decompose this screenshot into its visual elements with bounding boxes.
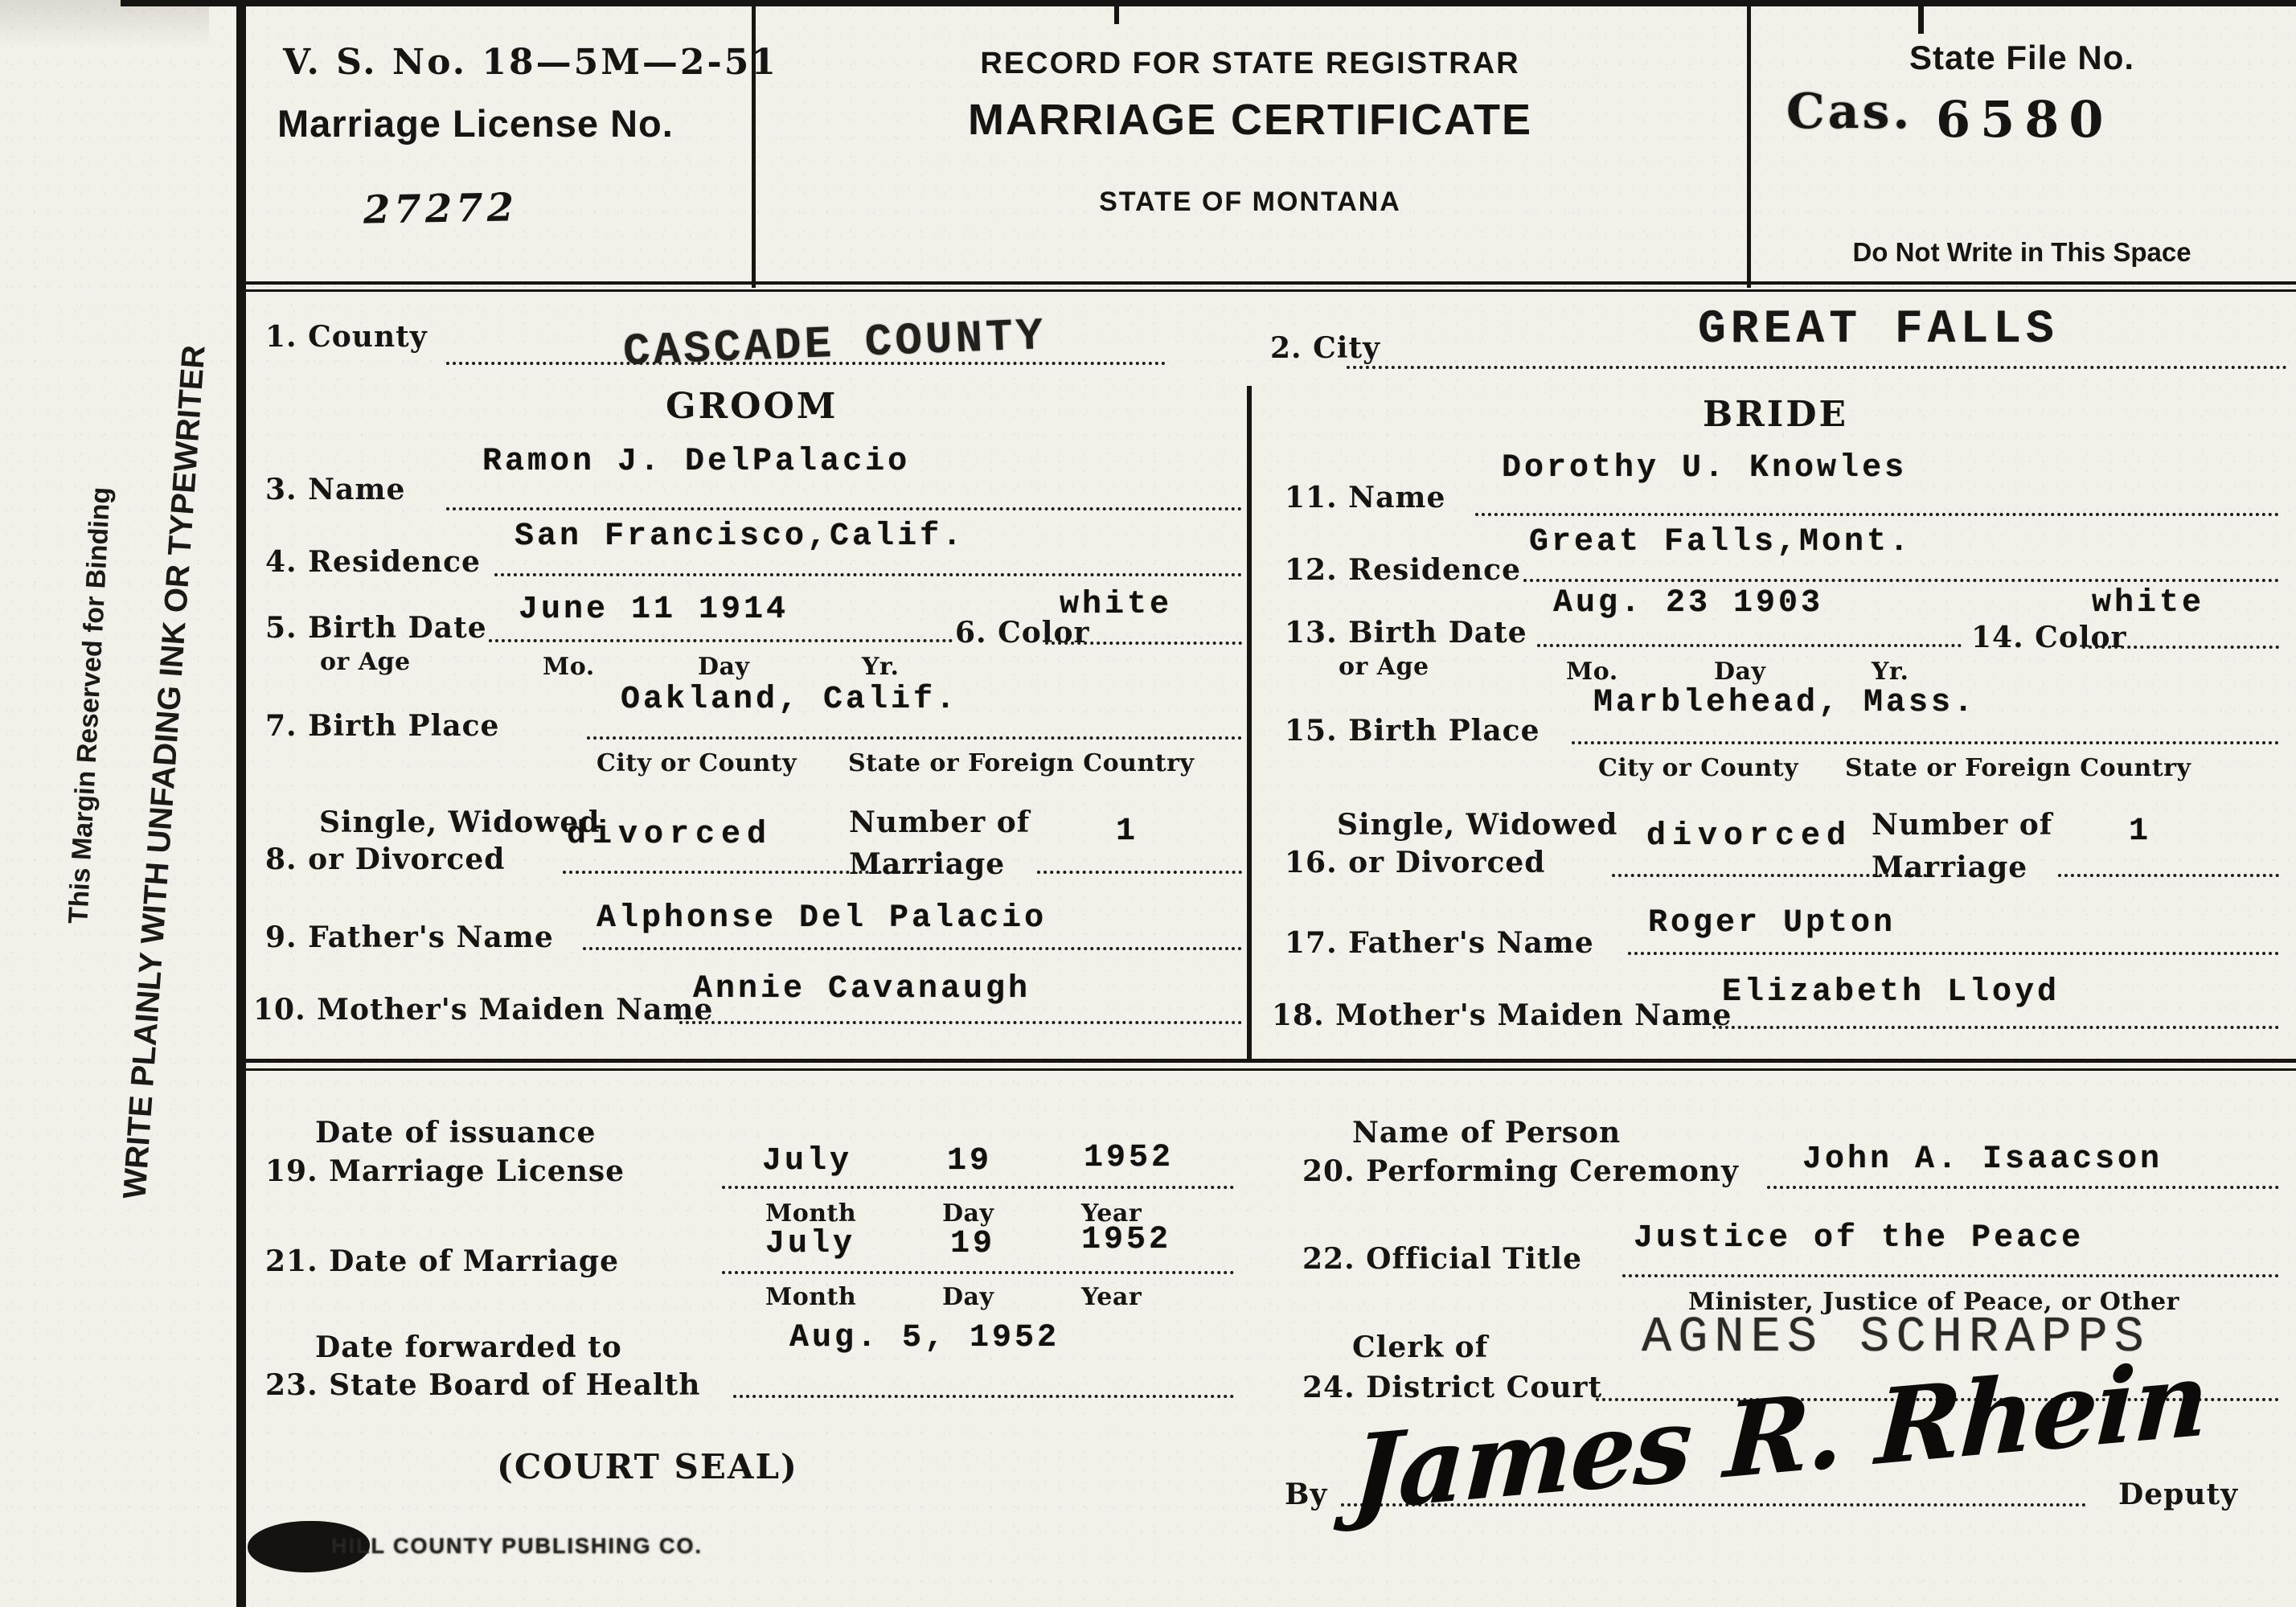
- issuance-line: [722, 1186, 1234, 1189]
- groom-color-line: [1045, 642, 1242, 645]
- bride-numberof-label: Number of: [1872, 808, 2052, 842]
- ceremony-label-2: 20. Performing Ceremony: [1302, 1154, 1739, 1188]
- groom-mother-label: 10. Mother's Maiden Name: [253, 993, 713, 1027]
- groom-father-value: Alphonse Del Palacio: [597, 900, 1047, 937]
- bride-name-line: [1475, 513, 2279, 516]
- marriage-year-value: 1952: [1081, 1222, 1171, 1258]
- certificate-title: MARRIAGE CERTIFICATE: [752, 95, 1749, 145]
- issuance-month-sub: Month: [765, 1199, 856, 1228]
- mid-rule-1: [236, 1059, 2296, 1063]
- groom-marital-label-2: 8. or Divorced: [265, 842, 505, 876]
- license-year-value: 1952: [1084, 1140, 1174, 1176]
- groom-citycounty-sub: City or County: [597, 749, 797, 777]
- marriage-day-value: 19: [950, 1226, 995, 1262]
- ceremony-name-value: John A. Isaacson: [1802, 1142, 2163, 1178]
- issuance-label-2: 19. Marriage License: [265, 1154, 625, 1188]
- mid-rule-2: [236, 1068, 2296, 1071]
- ceremony-label-1: Name of Person: [1352, 1116, 1621, 1150]
- state-file-number: 6580: [1936, 90, 2114, 149]
- bride-mother-line: [1712, 1026, 2279, 1029]
- groom-mother-line: [679, 1021, 1242, 1024]
- ceremony-line: [1767, 1186, 2279, 1189]
- groom-father-label: 9. Father's Name: [265, 920, 554, 954]
- bride-residence-label: 12. Residence: [1285, 553, 1521, 587]
- groom-residence-value: San Francisco,Calif.: [515, 519, 965, 555]
- record-for-state-registrar: RECORD FOR STATE REGISTRAR: [752, 47, 1749, 81]
- bride-residence-line: [1523, 579, 2279, 582]
- groom-birthplace-value: Oakland, Calif.: [621, 682, 958, 718]
- bride-color-value: white: [2092, 585, 2204, 621]
- city-value: GREAT FALLS: [1698, 304, 2059, 356]
- groom-orage-label: or Age: [320, 648, 411, 676]
- groom-residence-label: 4. Residence: [265, 545, 481, 579]
- groom-mo-label: Mo.: [543, 653, 595, 681]
- groom-marriage-label: Marriage: [849, 847, 1005, 881]
- bride-orage-label: or Age: [1339, 653, 1429, 681]
- groom-stateforeign-sub: State or Foreign Country: [848, 749, 1194, 777]
- marriage-year-sub: Year: [1081, 1283, 1142, 1311]
- groom-numberof-label: Number of: [849, 806, 1030, 839]
- marriage-month-value: July: [765, 1226, 855, 1262]
- forwarded-label-1: Date forwarded to: [315, 1330, 622, 1364]
- license-number-label: Marriage License No.: [277, 101, 674, 146]
- groom-section-heading: GROOM: [666, 386, 838, 427]
- groom-name-value: Ramon J. DelPalacio: [482, 444, 910, 480]
- groom-day-label: Day: [698, 653, 749, 681]
- groom-marriage-number: 1: [1116, 814, 1138, 850]
- form-number: V. S. No. 18—5M—2-51: [283, 42, 778, 83]
- groom-birthdate-label: 5. Birth Date: [265, 611, 487, 645]
- groom-birthdate-line: [489, 639, 953, 642]
- bride-marriage-label: Marriage: [1872, 851, 2027, 884]
- state-file-prefix-stamp: Cas.: [1786, 84, 1913, 140]
- license-month-value: July: [762, 1143, 852, 1179]
- groom-marital-label-1: Single, Widowed: [319, 806, 600, 839]
- bride-section-heading: BRIDE: [1703, 394, 1848, 435]
- bride-birthplace-value: Marblehead, Mass.: [1593, 685, 1976, 721]
- marriage-date-line: [722, 1271, 1234, 1274]
- header-bottom-rule-1: [236, 281, 2296, 285]
- groom-marital-value: divorced: [567, 817, 773, 853]
- bride-mother-label: 18. Mother's Maiden Name: [1272, 998, 1732, 1032]
- bride-color-line: [2082, 646, 2279, 649]
- bride-name-label: 11. Name: [1285, 481, 1445, 514]
- bride-marriage-number-line: [2058, 874, 2279, 877]
- official-title-line: [1622, 1274, 2279, 1277]
- license-number-value: 27272: [363, 185, 519, 232]
- margin-ink-note: WRITE PLAINLY WITH UNFADING INK OR TYPEW…: [116, 330, 214, 1214]
- scan-tick-2: [1918, 0, 1924, 34]
- do-not-write-note: Do Not Write in This Space: [1757, 237, 2287, 268]
- forwarded-line: [733, 1395, 1234, 1398]
- marriage-date-label: 21. Date of Marriage: [265, 1244, 619, 1278]
- groom-residence-line: [494, 573, 1242, 576]
- top-border-rule: [121, 0, 2296, 6]
- form-left-border: [236, 0, 246, 1607]
- groom-yr-label: Yr.: [862, 653, 899, 681]
- bride-birthdate-label: 13. Birth Date: [1285, 616, 1527, 650]
- groom-name-line: [446, 507, 1242, 510]
- bride-father-label: 17. Father's Name: [1285, 926, 1594, 960]
- bride-marriage-number: 1: [2129, 814, 2151, 850]
- by-label: By: [1285, 1478, 1327, 1511]
- groom-marriage-number-line: [1037, 871, 1242, 874]
- bride-day-label: Day: [1714, 658, 1765, 686]
- marriage-certificate-scan: This Margin Reserved for Binding WRITE P…: [0, 0, 2296, 1607]
- city-line: [1347, 366, 2287, 369]
- bride-residence-value: Great Falls,Mont.: [1529, 524, 1912, 560]
- bride-mo-label: Mo.: [1566, 658, 1618, 686]
- bride-yr-label: Yr.: [1872, 658, 1909, 686]
- bride-birthplace-label: 15. Birth Place: [1285, 714, 1540, 748]
- groom-birthplace-line: [587, 736, 1242, 740]
- issuance-label-1: Date of issuance: [315, 1116, 596, 1150]
- header-bottom-rule-2: [236, 289, 2296, 292]
- marriage-day-sub: Day: [942, 1283, 994, 1311]
- groom-color-value: white: [1060, 587, 1172, 623]
- scan-tick-1: [1114, 6, 1119, 24]
- official-title-value: Justice of the Peace: [1634, 1220, 2084, 1256]
- bride-birthplace-line: [1572, 741, 2279, 744]
- clerk-label-1: Clerk of: [1352, 1330, 1488, 1364]
- bride-marital-label-2: 16. or Divorced: [1285, 846, 1545, 879]
- marriage-month-sub: Month: [765, 1283, 856, 1311]
- publisher-imprint: HILL COUNTY PUBLISHING CO.: [331, 1534, 703, 1559]
- forwarded-date-value: Aug. 5, 1952: [789, 1320, 1060, 1356]
- bride-father-value: Roger Upton: [1648, 905, 1896, 941]
- bride-mother-value: Elizabeth Lloyd: [1722, 974, 2060, 1011]
- groom-birthplace-label: 7. Birth Place: [265, 709, 499, 743]
- city-label: 2. City: [1270, 331, 1380, 365]
- bride-birthdate-line: [1537, 644, 1962, 647]
- forwarded-label-2: 23. State Board of Health: [265, 1368, 700, 1402]
- court-seal-note: (COURT SEAL): [497, 1447, 798, 1486]
- official-title-label: 22. Official Title: [1302, 1242, 1582, 1276]
- bride-name-value: Dorothy U. Knowles: [1502, 450, 1907, 486]
- bride-marital-label-1: Single, Widowed: [1337, 808, 1617, 842]
- groom-father-line: [583, 947, 1242, 950]
- county-value-stamp: CASCADE COUNTY: [622, 310, 1048, 378]
- county-label: 1. County: [265, 320, 428, 354]
- bride-stateforeign-sub: State or Foreign Country: [1845, 754, 2191, 782]
- groom-mother-value: Annie Cavanaugh: [693, 971, 1031, 1007]
- state-file-label: State File No.: [1757, 39, 2287, 77]
- groom-birthdate-value: June 11 1914: [519, 592, 789, 628]
- bride-citycounty-sub: City or County: [1598, 754, 1798, 782]
- bride-marital-value: divorced: [1646, 818, 1852, 855]
- groom-bride-divider: [1247, 386, 1252, 1063]
- bride-birthdate-value: Aug. 23 1903: [1553, 585, 1823, 621]
- deputy-label: Deputy: [2118, 1478, 2238, 1511]
- license-day-value: 19: [947, 1143, 992, 1179]
- state-of-montana: STATE OF MONTANA: [752, 187, 1749, 218]
- scan-corner-shade: [0, 0, 209, 48]
- issuance-day-sub: Day: [942, 1199, 994, 1228]
- margin-binding-note: This Margin Reserved for Binding: [54, 311, 126, 1100]
- groom-name-label: 3. Name: [265, 473, 405, 506]
- bride-color-label: 14. Color: [1971, 621, 2126, 654]
- bride-father-line: [1628, 952, 2279, 955]
